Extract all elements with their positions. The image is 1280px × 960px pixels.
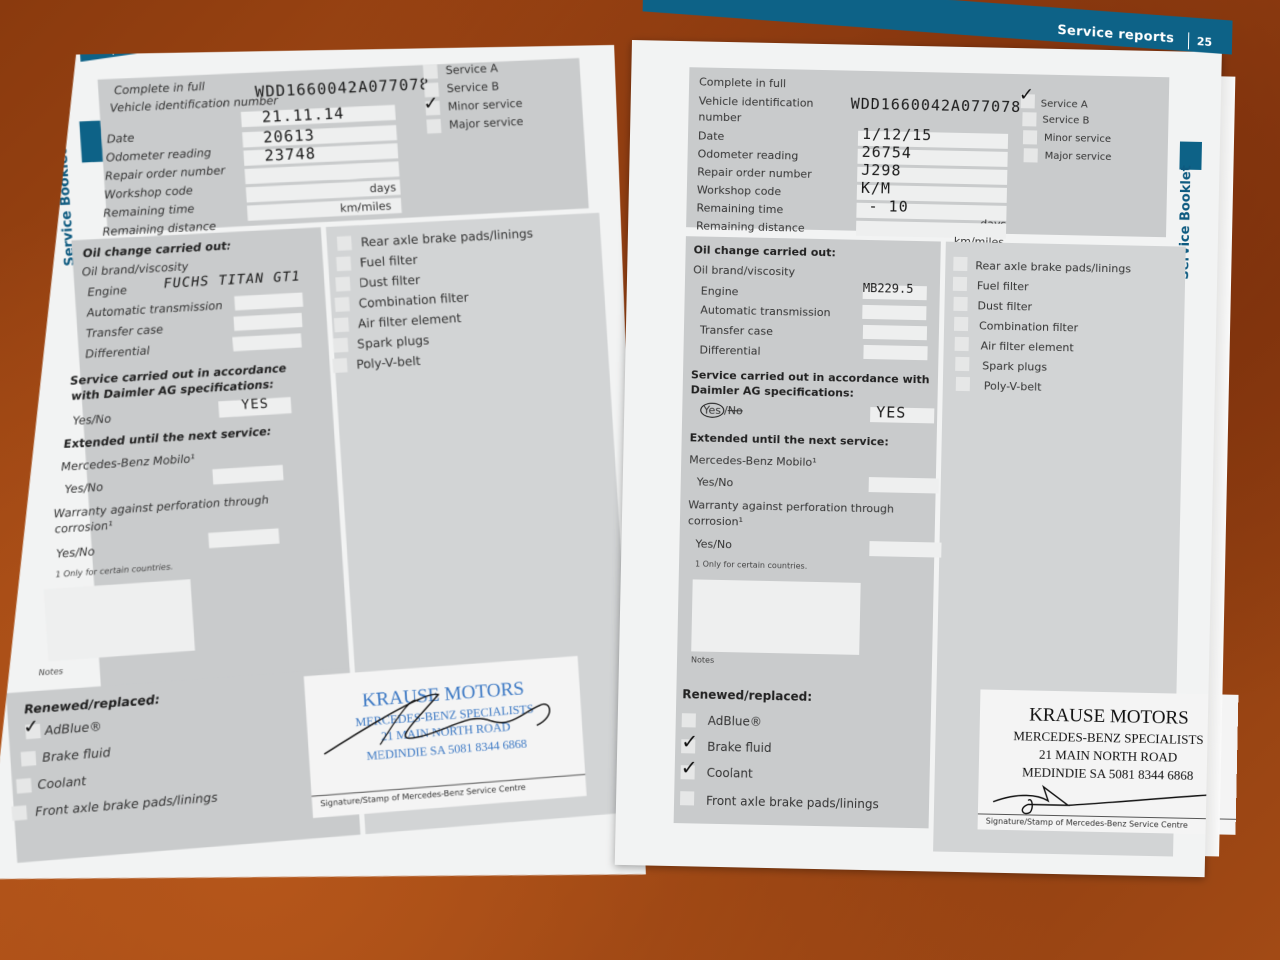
check-icon: ✓	[681, 757, 698, 777]
stamp-box: KRAUSE MOTORS MERCEDES-BENZ SPECIALISTS …	[978, 689, 1239, 834]
label-adblue: AdBlue®	[708, 714, 762, 729]
label-air-filter: Air filter element	[981, 339, 1074, 354]
label-service-b: Service B	[446, 80, 499, 95]
label-coolant: Coolant	[707, 766, 753, 781]
label-service-b: Service B	[1042, 115, 1089, 127]
checkbox-air-filter[interactable]	[334, 317, 349, 332]
checkbox-front-axle-pads[interactable]	[680, 791, 694, 805]
oil-label-transfer-case: Transfer case	[700, 323, 773, 338]
oil-label-engine: Engine	[701, 284, 739, 298]
label-minor-service: Minor service	[1044, 133, 1111, 145]
daimler-no-struck: No	[728, 404, 743, 417]
mobilo-yesno: Yes/No	[697, 475, 734, 489]
checkbox-brake-fluid[interactable]	[21, 751, 37, 767]
notes-label: Notes	[691, 655, 714, 664]
oil-box-differential[interactable]	[863, 345, 927, 360]
checkbox-service-a[interactable]	[423, 64, 438, 79]
check-icon: ✓	[681, 731, 698, 751]
checkbox-spark-plugs[interactable]	[333, 338, 348, 353]
checkbox-poly-v-belt[interactable]	[332, 358, 347, 373]
field-label-remaining-time: Remaining time	[696, 201, 783, 216]
checkbox-coolant[interactable]	[16, 778, 32, 794]
checkbox-service-b[interactable]	[1022, 112, 1036, 126]
checkbox-air-filter[interactable]	[955, 337, 969, 351]
field-value-remaining-time: - 10	[868, 197, 908, 216]
mobilo-yesno: Yes/No	[64, 480, 103, 496]
checkbox-spark-plugs[interactable]	[955, 357, 969, 371]
label-combination-filter: Combination filter	[979, 319, 1078, 334]
oil-box-transfer-case[interactable]	[863, 325, 927, 340]
notes-box[interactable]	[44, 579, 195, 661]
warranty-yesno: Yes/No	[695, 537, 732, 551]
oil-box-auto-trans[interactable]	[862, 305, 926, 320]
check-icon: ✓	[23, 718, 40, 738]
notes-label: Notes	[38, 666, 63, 677]
field-label-vin: Vehicle identification number	[698, 93, 849, 128]
field-value-date: 21.11.14	[261, 104, 345, 126]
stamp-box: KRAUSE MOTORS MERCEDES-BENZ SPECIALISTS …	[304, 656, 587, 818]
field-label-date: Date	[106, 131, 134, 146]
check-icon: ✓	[1019, 86, 1034, 104]
checkbox-major-service[interactable]	[1024, 148, 1038, 162]
section-title: Complete in full	[699, 75, 786, 90]
field-label-remaining-distance: Remaining distance	[696, 219, 805, 234]
daimler-spec-yesno: Yes/No	[700, 404, 743, 418]
oil-label-differential: Differential	[699, 343, 760, 357]
checkbox-combination-filter[interactable]	[335, 297, 350, 312]
warranty-label: Warranty against perforation through cor…	[688, 497, 939, 534]
checkbox-rear-axle-pads[interactable]	[337, 236, 352, 251]
daimler-spec-label: Yes/No	[72, 412, 111, 428]
warranty-yesno: Yes/No	[56, 545, 95, 561]
label-service-a: Service A	[445, 62, 498, 77]
checkbox-front-axle-pads[interactable]	[11, 805, 27, 821]
checkbox-fuel-filter[interactable]	[953, 277, 967, 291]
checkbox-poly-v-belt[interactable]	[956, 377, 970, 391]
field-value-repair-order: 23748	[264, 144, 317, 165]
stamp-name: KRAUSE MOTORS	[980, 703, 1238, 730]
daimler-spec-title: Service carried out in accordance with D…	[691, 367, 937, 402]
right-page: Service reports 25 Service Booklet Compl…	[615, 40, 1222, 877]
field-label-date: Date	[698, 129, 725, 143]
renewed-title: Renewed/replaced:	[682, 687, 812, 704]
field-value-vin[interactable]: WDD1660042A077078	[851, 95, 1022, 117]
daimler-yes-circled: Yes	[700, 403, 724, 418]
daimler-spec-value: YES	[876, 403, 906, 422]
unit-days: days	[369, 181, 396, 195]
mobilo-label: Mercedes-Benz Mobilo¹	[689, 453, 817, 469]
label-service-a: Service A	[1041, 99, 1088, 111]
checkbox-fuel-filter[interactable]	[336, 256, 351, 271]
checkbox-dust-filter[interactable]	[953, 297, 967, 311]
label-major-service: Major service	[1045, 151, 1112, 163]
header-title: Service reports	[123, 18, 245, 51]
label-brake-fluid: Brake fluid	[707, 740, 772, 755]
oil-label-engine: Engine	[87, 284, 127, 299]
label-poly-v-belt: Poly-V-belt	[984, 379, 1042, 393]
left-page: 24 Service reports Service Booklet Compl…	[0, 45, 646, 913]
service-booklet: 24 Service reports Service Booklet Compl…	[0, 0, 1280, 960]
right-page-header: Service reports 25	[643, 0, 1233, 55]
checkbox-combination-filter[interactable]	[954, 317, 968, 331]
mobilo-box[interactable]	[869, 477, 939, 493]
page-number: 25	[1188, 32, 1221, 51]
checkbox-major-service[interactable]	[426, 119, 441, 134]
field-value-workshop-code: K/M	[861, 179, 891, 198]
field-label-repair-order: Repair order number	[697, 165, 812, 180]
checkbox-rear-axle-pads[interactable]	[953, 257, 967, 271]
field-value-odometer: 26754	[862, 143, 913, 162]
oil-label-auto-trans: Automatic transmission	[700, 303, 830, 319]
unit-km-miles: km/miles	[340, 199, 392, 215]
check-icon: ✓	[423, 95, 440, 114]
side-tab-marker	[79, 121, 103, 163]
field-label-workshop-code: Workshop code	[697, 183, 782, 198]
oil-value-engine: MB229.5	[863, 281, 914, 296]
field-value-date: 1/12/15	[862, 125, 933, 144]
checkbox-adblue[interactable]	[682, 713, 696, 727]
daimler-spec-value: YES	[241, 396, 269, 413]
left-page-header: 24 Service reports	[78, 0, 579, 62]
checkbox-dust-filter[interactable]	[335, 277, 350, 292]
oil-subtitle: Oil brand/viscosity	[693, 263, 795, 278]
checkbox-minor-service[interactable]	[1023, 130, 1037, 144]
notes-box[interactable]	[691, 579, 860, 655]
label-spark-plugs: Spark plugs	[982, 359, 1047, 373]
warranty-box[interactable]	[869, 541, 941, 558]
page-number: 24	[79, 37, 114, 59]
field-value-repair-order: J298	[861, 161, 901, 180]
header-title: Service reports	[1057, 23, 1174, 47]
label-fuel-filter: Fuel filter	[977, 279, 1029, 293]
label-dust-filter: Dust filter	[977, 299, 1032, 313]
field-label-odometer: Odometer reading	[697, 147, 798, 162]
